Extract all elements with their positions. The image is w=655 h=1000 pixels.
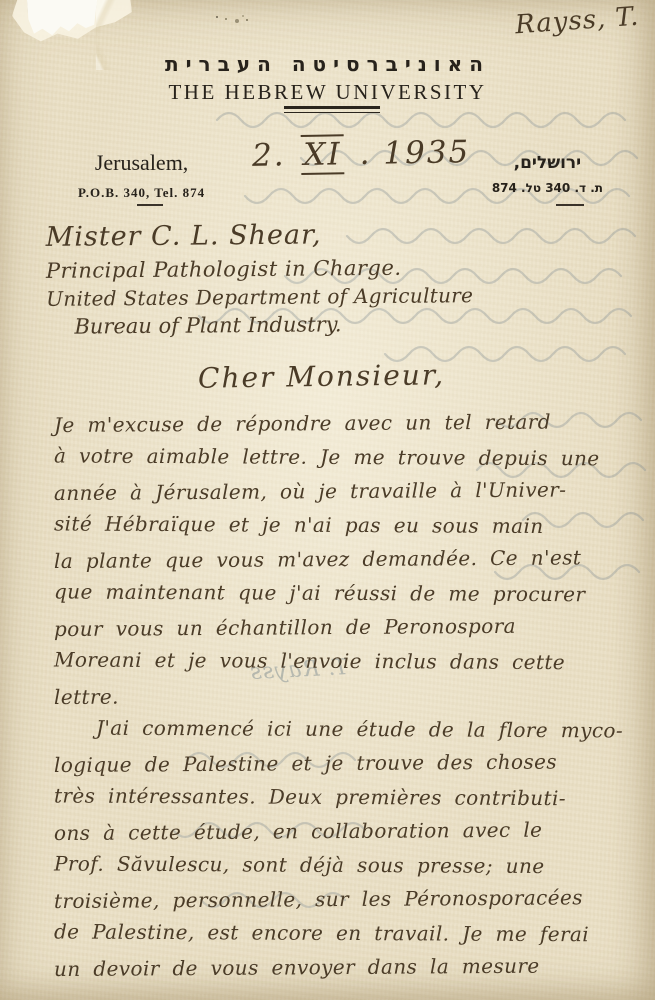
letterhead: האוניברסיטה העברית THE HEBREW UNIVERSITY [0, 52, 655, 105]
body-line: logique de Palestine et je trouve des ch… [54, 744, 639, 782]
scanned-letter-page: T. Rayss Rayss, T. האוניברסיטה העברית TH… [0, 0, 655, 1000]
right-short-rule [556, 204, 584, 206]
body-line: à votre aimable lettre. Je me trouve dep… [54, 438, 639, 475]
date-day: 2. [252, 137, 286, 174]
letterhead-english: THE HEBREW UNIVERSITY [0, 80, 655, 105]
city-hebrew: ירושלים, [492, 153, 603, 173]
body-line: sité Hébraïque et je n'ai pas eu sous ma… [54, 506, 639, 543]
body-line: année à Jérusalem, où je travaille à l'U… [54, 472, 639, 510]
body-line: un devoir de vous envoyer dans la mesure [54, 948, 639, 986]
pob-tel-english: P.O.B. 340, Tel. 874 [78, 185, 205, 201]
body-line: Je m'excuse de répondre avec un tel reta… [54, 404, 639, 442]
body-line: de Palestine, est encore en travail. Je … [54, 914, 639, 951]
salutation: Cher Monsieur, [198, 358, 445, 394]
recipient-address-block: Mister C. L. Shear, Principal Pathologis… [45, 218, 473, 339]
body-line: la plante que vous m'avez demandée. Ce n… [54, 540, 639, 578]
date-year: . 1935 [359, 134, 470, 172]
letterhead-divider-rule [284, 106, 380, 113]
left-short-rule [137, 204, 163, 206]
recipient-bureau: Bureau of Plant Industry. [74, 311, 473, 338]
date-month-roman: XI [301, 134, 344, 175]
body-line: très intéressantes. Deux premières contr… [54, 778, 639, 815]
letterhead-city-block-en: Jerusalem, P.O.B. 340, Tel. 874 [78, 150, 205, 201]
body-line: pour vous un échantillon de Peronospora [54, 608, 639, 646]
recipient-title: Principal Pathologist in Charge. [46, 255, 473, 283]
body-line: lettre. [54, 676, 639, 714]
recipient-org: United States Department of Agriculture [46, 283, 473, 311]
body-line: troisième, personnelle, sur les Péronosp… [54, 880, 639, 918]
pob-tel-hebrew: ת. ד. 340 טל. 874 [492, 181, 603, 195]
recipient-name: Mister C. L. Shear, [45, 218, 472, 253]
body-line: Prof. Săvulescu, sont déjà sous presse; … [54, 846, 639, 883]
letterhead-hebrew: האוניברסיטה העברית [0, 52, 655, 76]
archivist-annotation: Rayss, T. [514, 2, 640, 41]
body-line: J'ai commencé ici une étude de la flore … [54, 710, 639, 747]
letterhead-city-block-he: ירושלים, ת. ד. 340 טל. 874 [492, 153, 603, 195]
body-line: que maintenant que j'ai réussi de me pro… [54, 574, 639, 611]
body-line: Moreani et je vous l'envoie inclus dans … [54, 642, 639, 679]
city-english: Jerusalem, [78, 150, 205, 176]
letter-body: Je m'excuse de répondre avec un tel reta… [54, 406, 639, 984]
handwritten-date: 2. XI . 1935 [252, 134, 471, 174]
ink-specks [216, 16, 218, 18]
body-line: ons à cette étude, en collaboration avec… [54, 812, 639, 850]
